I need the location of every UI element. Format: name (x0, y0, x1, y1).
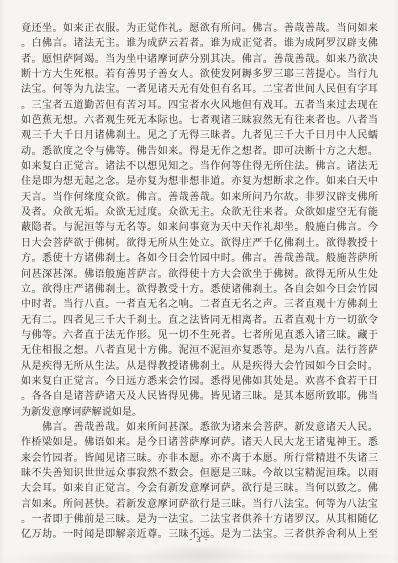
text-line: 法宝。何等为九法宝。一者见诸天无有处但有名耳。二宝者世间人民但有字耳 (21, 82, 378, 97)
text-line: 言如来。所问甚快。若新发意摩诃萨欲行是三昧。当行八法宝。何等为八法宝 (21, 497, 378, 512)
text-line: 无有二。四者见三千大千刹土。直之法皆同无相离者。五者直观十方一切欲令 (21, 313, 378, 328)
text-line: 问甚深甚深。佛语般施菩萨言。欲得使十方大会欲坐于佛树。欲得无所从生处 (21, 267, 378, 282)
text-line: 立。欲得庄严诸佛刹土。欲得教受十方。悉使诸佛刹土。各自会如今日会竹园 (21, 282, 378, 297)
text-line: 竟还坐。如来正衣服。为正觉作礼。愿欲有所问。佛言。善哉善哉。当问如来 (21, 21, 378, 36)
page-number: - 3 - (0, 534, 398, 544)
text-line: 中时者。当行八直。一者直无名之响。二者直无名之声。三者直观十方佛刹土 (21, 297, 378, 312)
text-line: 大会耳。如来自正觉言。今会有新发意摩诃萨。欲行是三昧。当何以致之。佛 (21, 481, 378, 496)
text-line: 及者。众欲无垢。众欲无过度。众欲无主。众欲无往来者。众欲如虚空无有能 (21, 205, 378, 220)
text-line: 。各各自是诸菩萨诸天及人民皆得见佛。皆见诸三昧。是其本愿所致耶。佛当 (21, 389, 378, 404)
text-line: 佛言。善哉善哉。如来所问甚深。悉欲为诸来会菩萨。新发意诸天人民。 (21, 420, 378, 435)
text-line: 日大会菩萨欲于佛树。欲得无所从生处立。欲得庄严千亿佛刹土。欲得教授十 (21, 236, 378, 251)
text-line: 断十方大生死根。若有善男子善女人。欲使发阿耨多罗三耶三菩提心。当行九 (21, 67, 378, 82)
text-line: 昧不失善知识世世远众事寂然不数会。但愿是三昧。今故以宝精泥洹珠。以雨 (21, 466, 378, 481)
text-line: 。白佛言。诸法无主。谁为成萨云若者。谁为成正觉者。谁为成阿罗汉辟支佛 (21, 36, 378, 51)
text-line: 为新发意摩诃萨解说如是。 (21, 405, 378, 420)
text-line: 天言。当作何缘度众欲。佛言。善哉善哉。如来所问乃尔故。非罗汉辟支佛所 (21, 190, 378, 205)
text-line: 作桥梁如是。佛语如来。是今日诸菩萨摩诃萨。诸天人民大龙王诸鬼神王。悉 (21, 435, 378, 450)
text-line: 动。悉欲度之令与佛等。佛告如来。得是无作之想者。即可决断十方之大想。 (21, 144, 378, 159)
text-line: 。一者即于佛前是三昧。是为一法宝。二法宝者供养十方诸罗汉。从其相随亿 (21, 512, 378, 527)
text-line: 住是即为想无起之念。是亦复为想非想非道。亦复为想断求之作。如来白天中 (21, 174, 378, 189)
text-line: 来会竹园者。皆闻见诸三昧。亦非本愿。亦不离于本愿。所行常精进不失诸三 (21, 451, 378, 466)
text-line: 观三千大千日月诸佛刹土。见之了无得三昧者。九者见三千大千日月中人民蠕 (21, 128, 378, 143)
text-line: 。三宝者五道勤苦但有苦习耳。四宝者水火风地但有戏耳。五者当来过去现在 (21, 98, 378, 113)
text-line: 如来复白正觉言。诸法不以想见知之。当作何等住得无所住法。佛言。诸法无 (21, 159, 378, 174)
text-line: 方。悉使十方诸佛刹土。各如今日会竹园中时。佛言。善哉善哉。般施菩萨所 (21, 251, 378, 266)
text-line: 无住相报之想。八者直见十方佛。泥洹不泥洹亦复悉等。是为八直。法行菩萨 (21, 343, 378, 358)
text-line: 如来复白正觉言。今日远方悉来会竹园。悉得见佛如其处是。欢喜不食若干日 (21, 374, 378, 389)
sutra-text-block: 竟还坐。如来正衣服。为正觉作礼。愿欲有所问。佛言。善哉善哉。当问如来。白佛言。诸… (21, 21, 378, 543)
text-line: 蔽隐者。与泥洹等与无名等。如来问事竟为天中天作礼却坐。般施白佛言。今 (21, 220, 378, 235)
text-line: 从是疾得无所从生法。从是得教授诸佛刹土。从是疾得大会竹园如今日会时。 (21, 359, 378, 374)
text-line: 与佛等。六者直于法无作形。见一切不生死者。七者所见直悉入诸三昧。藏于 (21, 328, 378, 343)
text-line: 如芭蕉无想。六者观生死无本际也。七者观诸三昧寂然无有往来者也。八者当 (21, 113, 378, 128)
document-page: 竟还坐。如来正衣服。为正觉作礼。愿欲有所问。佛言。善哉善哉。当问如来。白佛言。诸… (0, 0, 398, 563)
text-line: 者。愿怛萨阿竭。当为坐中诸摩诃萨分别其决。佛言。善哉善哉。如来乃欲决 (21, 52, 378, 67)
